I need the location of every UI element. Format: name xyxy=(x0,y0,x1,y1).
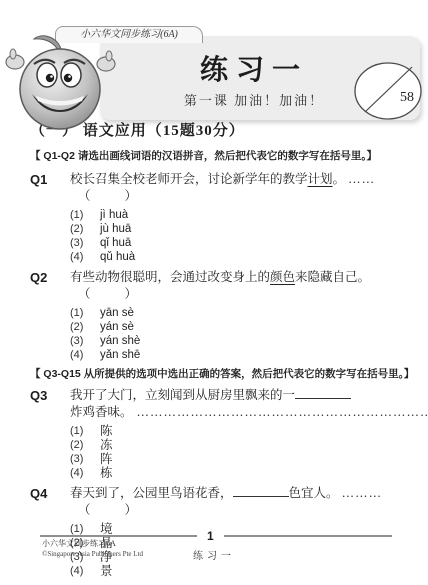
leader-dots: ……… xyxy=(342,486,383,500)
question-text: 有些动物很聪明，会通过改变身上的颜色来隐藏自己。 （） xyxy=(70,269,410,303)
mascot-right-hand xyxy=(97,51,115,71)
option: (3)阵 xyxy=(70,452,428,466)
mascot-icon xyxy=(2,32,120,132)
option: (4)yǎn shē xyxy=(70,348,410,362)
options-list: (1)yān sè (2)yán sè (3)yán shè (4)yǎn sh… xyxy=(70,306,410,362)
option: (3)qǐ huā xyxy=(70,236,410,250)
instruction-q1-q2: 【 Q1-Q2 请选出画线词语的汉语拼音，然后把代表它的数字写在括号里。】 xyxy=(30,150,410,163)
leader-dots: …… xyxy=(348,172,375,186)
underlined-word: 颜色 xyxy=(270,270,295,284)
answer-bracket: （） xyxy=(78,286,137,303)
question-text: 我开了大门，立刻闻到从厨房里飘来的一 xyxy=(70,387,428,404)
question-label: Q1 xyxy=(30,171,70,264)
option: (2)jù huā xyxy=(70,222,410,236)
page-title: 练习一 xyxy=(120,48,388,88)
footer-publisher: ©Singapore Asia Publishers Pte Ltd xyxy=(42,549,143,559)
answer-blank xyxy=(233,496,289,497)
page-footer: 1 练习一 小六华文同步练习6A ©Singapore Asia Publish… xyxy=(0,529,428,575)
question-label: Q3 xyxy=(30,387,70,480)
instruction-q3-q15: 【 Q3-Q15 从所提供的选项中选出正确的答案，然后把代表它的数字写在括号里。… xyxy=(30,368,410,381)
footer-rule-left xyxy=(40,535,197,537)
question-text-line2: 炸鸡香味。 ……………………………………………………………………… （） xyxy=(70,404,428,421)
question-q2: Q2 有些动物很聪明，会通过改变身上的颜色来隐藏自己。 （） (1)yān sè… xyxy=(30,269,410,362)
question-q3: Q3 我开了大门，立刻闻到从厨房里飘来的一 炸鸡香味。 ………………………………… xyxy=(30,387,410,480)
lesson-subtitle: 第一课 加油！加油！ xyxy=(120,90,388,109)
option: (3)yán shè xyxy=(70,334,410,348)
option: (2)冻 xyxy=(70,438,428,452)
footer-rule-right xyxy=(224,535,392,537)
mascot-left-hand xyxy=(6,49,24,69)
question-text: 校长召集全校老师开会，讨论新学年的教学计划。 …… （） xyxy=(70,171,410,205)
option: (1)jì huà xyxy=(70,208,410,222)
underlined-word: 计划 xyxy=(308,172,333,186)
question-q1: Q1 校长召集全校老师开会，讨论新学年的教学计划。 …… （） (1)jì hu… xyxy=(30,171,410,264)
footer-booklet-name: 小六华文同步练习6A xyxy=(42,539,143,549)
question-text: 春天到了，公园里鸟语花香，色宜人。 ……… （） xyxy=(70,485,410,519)
option: (4)栋 xyxy=(70,466,428,480)
answer-bracket: （） xyxy=(78,188,137,205)
answer-blank xyxy=(295,398,351,399)
footer-imprint: 小六华文同步练习6A ©Singapore Asia Publishers Pt… xyxy=(42,539,143,559)
worksheet-page: 小六华文同步练习(6A) 练习一 第一课 加油！加油！ xyxy=(0,0,428,585)
worksheet-body: （一） 语文应用（15题30分） 【 Q1-Q2 请选出画线词语的汉语拼音，然后… xyxy=(30,122,410,578)
option: (1)yān sè xyxy=(70,306,410,320)
question-label: Q2 xyxy=(30,269,70,362)
page-number: 1 xyxy=(207,529,214,543)
options-list: (1)jì huà (2)jù huā (3)qǐ huā (4)qǔ huà xyxy=(70,208,410,264)
option: (4)qǔ huà xyxy=(70,250,410,264)
answer-bracket: （） xyxy=(78,502,137,519)
option: (1)陈 xyxy=(70,424,428,438)
options-list: (1)陈 (2)冻 (3)阵 (4)栋 xyxy=(70,424,428,480)
leader-dots: ……………………………………………………………………… xyxy=(137,404,428,421)
option: (2)yán sè xyxy=(70,320,410,334)
score-total: 58 xyxy=(400,90,414,106)
